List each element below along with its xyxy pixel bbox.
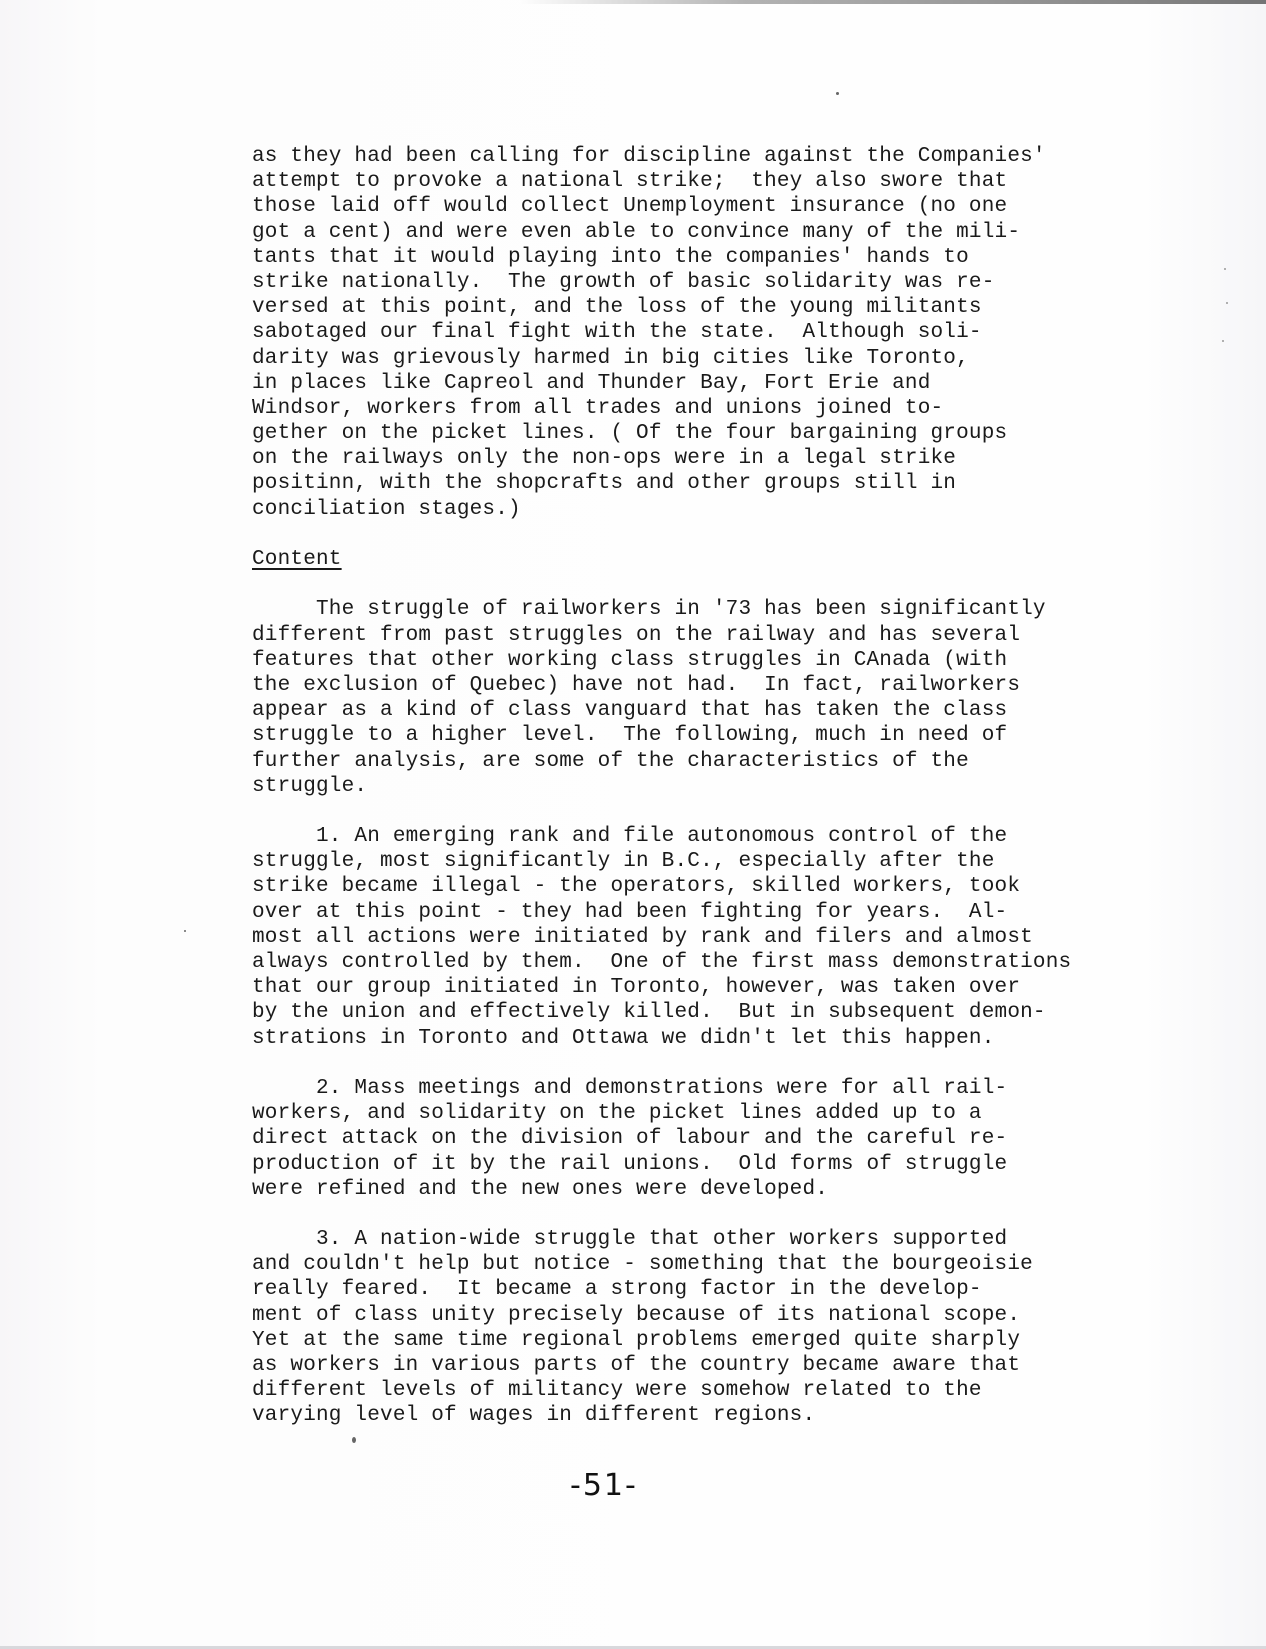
scan-top-edge — [520, 0, 1266, 4]
text-line: Yet at the same time regional problems e… — [252, 1328, 1132, 1353]
text-line: 2. Mass meetings and demonstrations were… — [252, 1076, 1132, 1101]
text-line: versed at this point, and the loss of th… — [252, 295, 1132, 320]
text-line: struggle. — [252, 774, 1132, 799]
paragraph-point-1: 1. An emerging rank and file autonomous … — [252, 824, 1132, 1051]
text-line: attempt to provoke a national strike; th… — [252, 169, 1132, 194]
scan-speck — [1226, 302, 1228, 304]
section-heading-content: Content — [252, 547, 1132, 572]
paragraph-point-3: 3. A nation-wide struggle that other wor… — [252, 1227, 1132, 1429]
text-line: Windsor, workers from all trades and uni… — [252, 396, 1132, 421]
text-line: varying level of wages in different regi… — [252, 1403, 1132, 1428]
scan-speck — [836, 92, 839, 95]
text-line: struggle, most significantly in B.C., es… — [252, 849, 1132, 874]
text-line: direct attack on the division of labour … — [252, 1126, 1132, 1151]
text-line: tants that it would playing into the com… — [252, 245, 1132, 270]
text-line: features that other working class strugg… — [252, 648, 1132, 673]
document-body: as they had been calling for discipline … — [252, 144, 1132, 1429]
scan-speck — [1222, 340, 1224, 342]
scan-speck — [352, 1437, 356, 1443]
text-line: in places like Capreol and Thunder Bay, … — [252, 371, 1132, 396]
text-line: got a cent) and were even able to convin… — [252, 220, 1132, 245]
text-line: The struggle of railworkers in '73 has b… — [252, 597, 1132, 622]
text-line: workers, and solidarity on the picket li… — [252, 1101, 1132, 1126]
text-line: on the railways only the non-ops were in… — [252, 446, 1132, 471]
text-line: sabotaged our final fight with the state… — [252, 320, 1132, 345]
text-line: struggle to a higher level. The followin… — [252, 723, 1132, 748]
page-number: -51- — [570, 1468, 638, 1503]
paragraph-intro: The struggle of railworkers in '73 has b… — [252, 597, 1132, 799]
text-line: and couldn't help but notice - something… — [252, 1252, 1132, 1277]
text-line: always controlled by them. One of the fi… — [252, 950, 1132, 975]
text-line: appear as a kind of class vanguard that … — [252, 698, 1132, 723]
document-page: as they had been calling for discipline … — [0, 0, 1266, 1649]
text-line: 1. An emerging rank and file autonomous … — [252, 824, 1132, 849]
text-line: gether on the picket lines. ( Of the fou… — [252, 421, 1132, 446]
text-line: positinn, with the shopcrafts and other … — [252, 471, 1132, 496]
scan-speck — [184, 930, 186, 932]
text-line: different from past struggles on the rai… — [252, 623, 1132, 648]
text-line: the exclusion of Quebec) have not had. I… — [252, 673, 1132, 698]
text-line: ment of class unity precisely because of… — [252, 1303, 1132, 1328]
text-line: darity was grievously harmed in big citi… — [252, 346, 1132, 371]
text-line: strations in Toronto and Ottawa we didn'… — [252, 1026, 1132, 1051]
text-line: as workers in various parts of the count… — [252, 1353, 1132, 1378]
text-line: production of it by the rail unions. Old… — [252, 1152, 1132, 1177]
text-line: different levels of militancy were someh… — [252, 1378, 1132, 1403]
paragraph-continuation: as they had been calling for discipline … — [252, 144, 1132, 522]
text-line: by the union and effectively killed. But… — [252, 1000, 1132, 1025]
scan-speck — [1224, 268, 1226, 270]
text-line: that our group initiated in Toronto, how… — [252, 975, 1132, 1000]
text-line: over at this point - they had been fight… — [252, 900, 1132, 925]
text-line: 3. A nation-wide struggle that other wor… — [252, 1227, 1132, 1252]
paragraph-point-2: 2. Mass meetings and demonstrations were… — [252, 1076, 1132, 1202]
text-line: further analysis, are some of the charac… — [252, 749, 1132, 774]
text-line: strike became illegal - the operators, s… — [252, 874, 1132, 899]
text-line: as they had been calling for discipline … — [252, 144, 1132, 169]
text-line: were refined and the new ones were devel… — [252, 1177, 1132, 1202]
text-line: those laid off would collect Unemploymen… — [252, 194, 1132, 219]
text-line: most all actions were initiated by rank … — [252, 925, 1132, 950]
text-line: really feared. It became a strong factor… — [252, 1277, 1132, 1302]
text-line: conciliation stages.) — [252, 497, 1132, 522]
text-line: strike nationally. The growth of basic s… — [252, 270, 1132, 295]
